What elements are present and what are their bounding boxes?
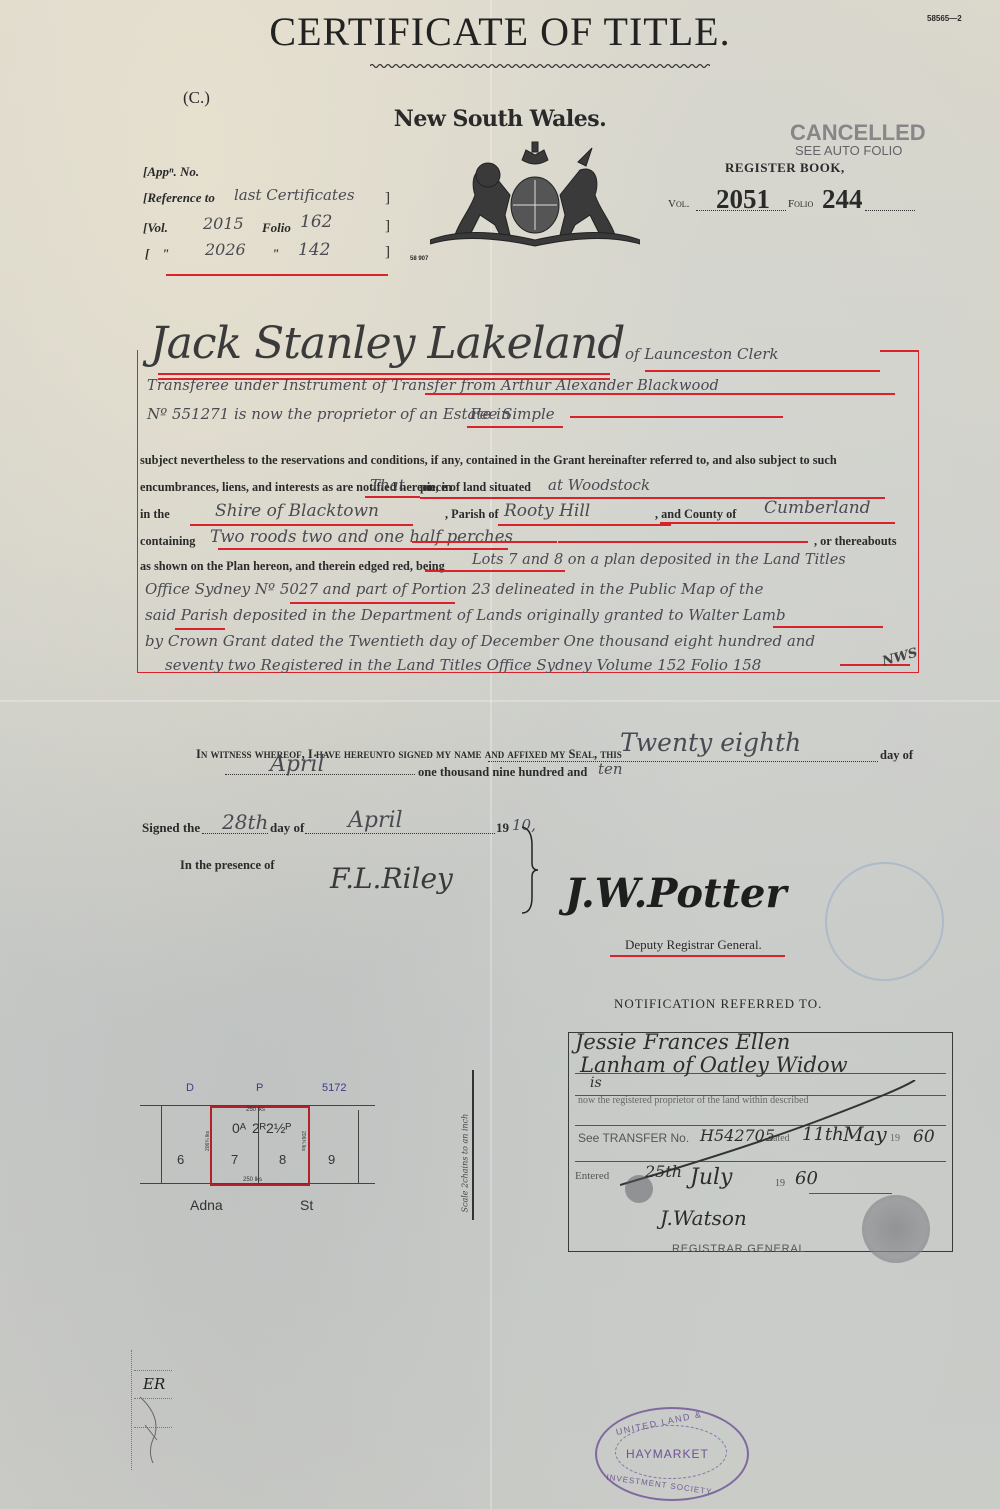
red-rule: [645, 370, 880, 372]
signed-day: 28th: [222, 810, 268, 834]
red-rule: [365, 496, 420, 498]
brace-icon: [518, 825, 542, 915]
register-book-label: REGISTER BOOK,: [725, 160, 845, 176]
presence-label: In the presence of: [180, 858, 275, 873]
red-rule: [175, 628, 225, 630]
area-roods: 2ᴿ: [252, 1120, 266, 1136]
parish-label: , Parish of: [445, 507, 499, 522]
registrar-seal-icon: [862, 1195, 930, 1263]
stamp-center-text: HAYMARKET: [626, 1447, 709, 1461]
ref-vol-1: 2015: [203, 214, 244, 233]
street-name-1: Adna: [190, 1197, 223, 1213]
plan-scale: Scale 2chains to an inch: [461, 1083, 470, 1213]
land-portion: That: [370, 476, 405, 494]
red-rule: [558, 541, 808, 543]
red-rule: [190, 524, 413, 526]
register-folio: 244: [822, 184, 863, 215]
entered-day: 25th: [645, 1162, 682, 1181]
stamp-rule: [809, 1193, 892, 1194]
witness-year: ten: [598, 760, 623, 778]
description-line-4: seventy two Registered in the Land Title…: [165, 656, 761, 674]
red-rule: [166, 274, 388, 276]
proprietor-name: Jack Stanley Lakeland: [150, 318, 624, 369]
reference-value: last Certificates: [234, 186, 355, 204]
print-code: 58 907: [410, 256, 428, 262]
plan-boundary: [161, 1105, 162, 1183]
vol-label: [Vol.: [143, 220, 168, 236]
red-rule: [467, 426, 563, 428]
ditto-mark: ": [162, 246, 169, 262]
estate-type: Fee Simple: [470, 405, 555, 423]
red-rule: [610, 955, 785, 957]
see-auto-folio-stamp: SEE AUTO FOLIO: [795, 143, 902, 158]
area-perches: 2½ᴾ: [266, 1120, 291, 1136]
ref-folio-2: 142: [298, 240, 330, 260]
entered-year: 60: [795, 1168, 818, 1189]
day-of-label: day of: [880, 748, 913, 763]
witness-month: April: [270, 752, 325, 777]
red-rule: [412, 541, 557, 543]
county-label: , and County of: [655, 507, 736, 522]
lot-9: 9: [328, 1152, 335, 1167]
is-label: is: [590, 1075, 602, 1091]
plan-boundary: [358, 1110, 359, 1184]
street-name-2: St: [300, 1197, 313, 1213]
red-rule: [498, 524, 671, 526]
notification-heading: NOTIFICATION REFERRED TO.: [614, 996, 822, 1012]
subject-lots-boundary: [210, 1106, 310, 1186]
ornamental-divider: [370, 63, 710, 69]
plan-scale-rule: [472, 1070, 474, 1220]
thereabouts-label: , or thereabouts: [814, 534, 897, 549]
red-rule: [880, 350, 918, 352]
witness-day: Twenty eighth: [620, 728, 801, 757]
registrar-signature: J.W.Potter: [565, 870, 787, 917]
plan-header-p: P: [256, 1082, 263, 1094]
piece-label: piece of land situated: [420, 480, 531, 495]
plan-header-number: 5172: [322, 1082, 346, 1094]
left-dimension: 206¾ lks: [205, 1131, 211, 1151]
small-seal-icon: [625, 1175, 653, 1203]
shire-name: Shire of Blacktown: [215, 501, 379, 521]
in-the-label: in the: [140, 507, 170, 522]
containing-label: containing: [140, 534, 195, 549]
new-proprietor-name-1: Jessie Frances Ellen: [575, 1030, 790, 1054]
red-rule: [158, 373, 610, 375]
red-rule: [290, 602, 455, 604]
transferee-line: Transferee under Instrument of Transfer …: [147, 378, 719, 394]
bracket-close: ]: [385, 244, 390, 261]
witness-clause: In witness whereof, I have hereunto sign…: [196, 747, 622, 762]
dotted-leader: [305, 833, 495, 834]
parish-name: Rooty Hill: [504, 501, 590, 521]
county-name: Cumberland: [764, 498, 871, 518]
bracket-open: [: [145, 246, 149, 262]
signed-day-of: day of: [270, 820, 304, 836]
land-location: at Woodstock: [548, 476, 650, 494]
year-printed: one thousand nine hundred and: [418, 765, 587, 780]
conditions-line-2: encumbrances, liens, and interests as ar…: [140, 480, 452, 495]
new-proprietor-name-2: Lanham of Oatley Widow: [580, 1053, 848, 1077]
entered-label: Entered: [575, 1170, 609, 1182]
plan-header-d: D: [186, 1082, 194, 1094]
signed-label: Signed the: [142, 820, 200, 836]
ref-vol-2: 2026: [205, 240, 246, 259]
year-prefix: 19: [496, 820, 509, 836]
folio-label: Folio: [262, 220, 291, 236]
clerk-initials: ER: [143, 1375, 165, 1393]
plan-lots: Lots 7 and 8 on a plan deposited in the …: [472, 552, 846, 568]
bottom-dimension: 250 lks: [243, 1177, 262, 1183]
registrar-general-title: REGISTRAR GENERAL: [672, 1243, 805, 1255]
embossed-seal-icon: [825, 862, 944, 981]
description-line-3: by Crown Grant dated the Twentieth day o…: [145, 632, 815, 650]
plan-reference-label: as shown on the Plan hereon, and therein…: [140, 559, 445, 574]
dotted-leader: [134, 1370, 172, 1371]
dotted-leader: [488, 761, 878, 762]
red-rule: [218, 548, 508, 550]
witness-signature: F.L.Riley: [330, 862, 453, 895]
signed-month: April: [348, 808, 403, 833]
red-rule: [773, 626, 883, 628]
form-number: 58565—2: [927, 14, 962, 23]
reference-label: [Reference to: [143, 190, 215, 206]
document-title: CERTIFICATE OF TITLE.: [0, 8, 1000, 55]
instrument-number-line: Nº 551271 is now the proprietor of an Es…: [147, 405, 511, 423]
conditions-line-1: subject nevertheless to the reservations…: [140, 453, 837, 468]
ditto-mark: ": [272, 246, 279, 262]
bracket-close: ]: [385, 218, 390, 235]
entered-year-prefix: 19: [775, 1178, 785, 1189]
ref-folio-1: 162: [300, 212, 332, 232]
lot-6: 6: [177, 1152, 184, 1167]
description-line-1: Office Sydney Nº 5027 and part of Portio…: [145, 580, 764, 598]
registrar-title: Deputy Registrar General.: [625, 937, 762, 953]
red-rule: [570, 416, 783, 418]
reference-block: [Appⁿ. No.: [143, 164, 199, 192]
area-acres: 0ᴬ: [232, 1120, 246, 1136]
proprietor-residence: of Launceston Clerk: [625, 345, 778, 363]
royal-coat-of-arms-icon: [430, 140, 640, 250]
paper-fold-horizontal: [0, 700, 1000, 702]
lot-7: 7: [231, 1152, 238, 1167]
right-dimension: 206¾ lks: [300, 1131, 306, 1151]
description-line-2: said Parish deposited in the Department …: [145, 606, 786, 624]
top-dimension: 250 lks: [246, 1107, 265, 1113]
lot-8: 8: [279, 1152, 286, 1167]
bracket-close: ]: [385, 190, 390, 207]
register-vol-label: Vol.: [668, 198, 689, 210]
pencil-mark: [135, 1395, 165, 1465]
red-rule: [660, 522, 895, 524]
register-folio-label: Folio: [788, 198, 813, 210]
entered-month: July: [690, 1165, 732, 1190]
red-rule: [425, 570, 565, 572]
application-number-label: [Appⁿ. No.: [143, 164, 199, 192]
dotted-leader: [865, 210, 915, 211]
registrar-general-signature: J.Watson: [660, 1206, 747, 1230]
land-area: Two roods two and one half perches: [210, 527, 513, 546]
red-rule: [425, 393, 895, 395]
margin-dotted-rule: [131, 1350, 133, 1470]
series-mark: (C.): [183, 88, 210, 108]
register-volume: 2051: [716, 184, 770, 215]
